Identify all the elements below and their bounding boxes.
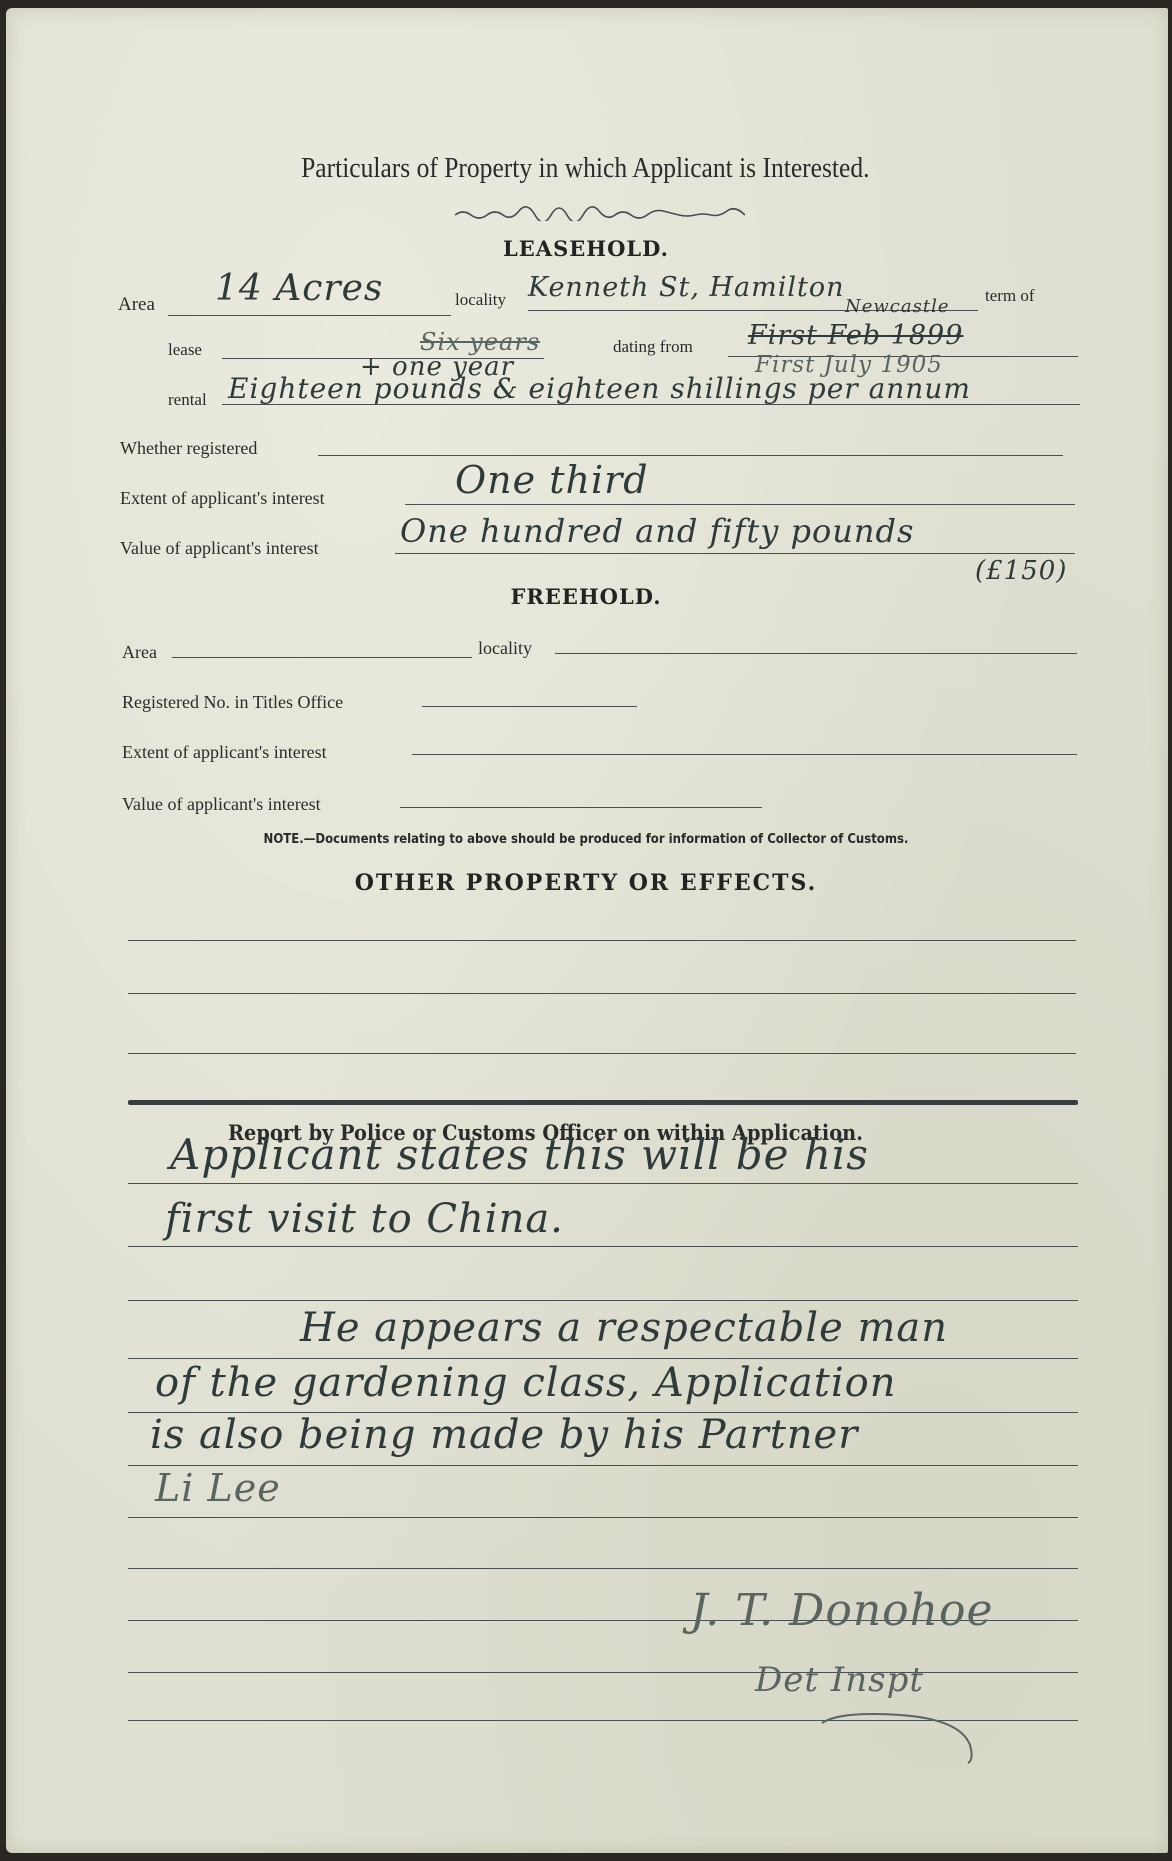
- other-property-line-1[interactable]: [128, 940, 1076, 941]
- leasehold-value-label: Value of applicant's interest: [120, 538, 319, 559]
- customs-note: NOTE.—Documents relating to above should…: [0, 832, 1172, 847]
- leasehold-rental-label: rental: [168, 390, 207, 410]
- other-property-heading: OTHER PROPERTY OR EFFECTS.: [0, 870, 1172, 896]
- leasehold-value-value[interactable]: One hundred and fifty pounds: [400, 512, 914, 550]
- freehold-registered-no-line: [422, 706, 637, 707]
- freehold-value-label: Value of applicant's interest: [122, 794, 321, 815]
- report-line-2: [128, 1246, 1078, 1247]
- leasehold-term-of-label: term of: [985, 286, 1035, 306]
- report-line-7: [128, 1517, 1078, 1518]
- report-line-10: [128, 1672, 1078, 1673]
- leasehold-extent-label: Extent of applicant's interest: [120, 488, 325, 509]
- report-text-line-2[interactable]: first visit to China.: [165, 1196, 564, 1242]
- freehold-heading: FREEHOLD.: [0, 584, 1172, 609]
- report-line-1: [128, 1183, 1078, 1184]
- leasehold-whether-registered-line: [318, 455, 1063, 456]
- report-text-line-7[interactable]: Li Lee: [155, 1466, 281, 1510]
- page-title: Particulars of Property in which Applica…: [70, 152, 1101, 185]
- leasehold-lease-label: lease: [168, 340, 202, 360]
- report-text-line-6[interactable]: is also being made by his Partner: [150, 1412, 858, 1458]
- freehold-extent-label: Extent of applicant's interest: [122, 742, 327, 763]
- leasehold-value-line: [395, 553, 1075, 554]
- leasehold-locality-value[interactable]: Kenneth St, Hamilton: [528, 272, 845, 303]
- leasehold-locality-value-line2[interactable]: Newcastle: [845, 296, 950, 317]
- freehold-locality-line: [555, 653, 1077, 654]
- officer-signature: J. T. Donohoe: [690, 1585, 994, 1636]
- report-text-line-5[interactable]: of the gardening class, Application: [155, 1360, 896, 1406]
- leasehold-extent-value[interactable]: One third: [455, 458, 649, 502]
- officer-title: Det Inspt: [755, 1660, 924, 1700]
- leasehold-whether-registered-label: Whether registered: [120, 438, 257, 459]
- report-line-4: [128, 1358, 1078, 1359]
- section-divider: [128, 1100, 1078, 1105]
- leasehold-dating-from-label: dating from: [613, 337, 693, 357]
- freehold-locality-label: locality: [478, 638, 532, 659]
- report-text-line-1[interactable]: Applicant states this will be his: [170, 1130, 869, 1179]
- freehold-area-label: Area: [122, 642, 157, 663]
- leasehold-area-label: Area: [118, 294, 155, 316]
- leasehold-value-figure[interactable]: (£150): [975, 556, 1067, 586]
- decorative-flourish-icon: [455, 205, 745, 221]
- report-text-line-4[interactable]: He appears a respectable man: [300, 1305, 948, 1351]
- leasehold-extent-line: [405, 504, 1075, 505]
- leasehold-dating-from-struck-value[interactable]: First Feb 1899: [748, 320, 963, 351]
- leasehold-rental-value[interactable]: Eighteen pounds & eighteen shillings per…: [228, 372, 971, 405]
- report-line-3: [128, 1300, 1078, 1301]
- leasehold-locality-label: locality: [455, 290, 506, 310]
- report-line-8: [128, 1568, 1078, 1569]
- freehold-value-line: [400, 807, 762, 808]
- other-property-line-2[interactable]: [128, 993, 1076, 994]
- freehold-area-line: [172, 657, 472, 658]
- signature-flourish-icon: [820, 1705, 990, 1765]
- leasehold-heading: LEASEHOLD.: [0, 236, 1172, 261]
- leasehold-area-line: [168, 315, 451, 316]
- freehold-extent-line: [412, 754, 1077, 755]
- other-property-line-3[interactable]: [128, 1053, 1076, 1054]
- freehold-registered-no-label: Registered No. in Titles Office: [122, 692, 343, 713]
- leasehold-area-value[interactable]: 14 Acres: [215, 268, 383, 309]
